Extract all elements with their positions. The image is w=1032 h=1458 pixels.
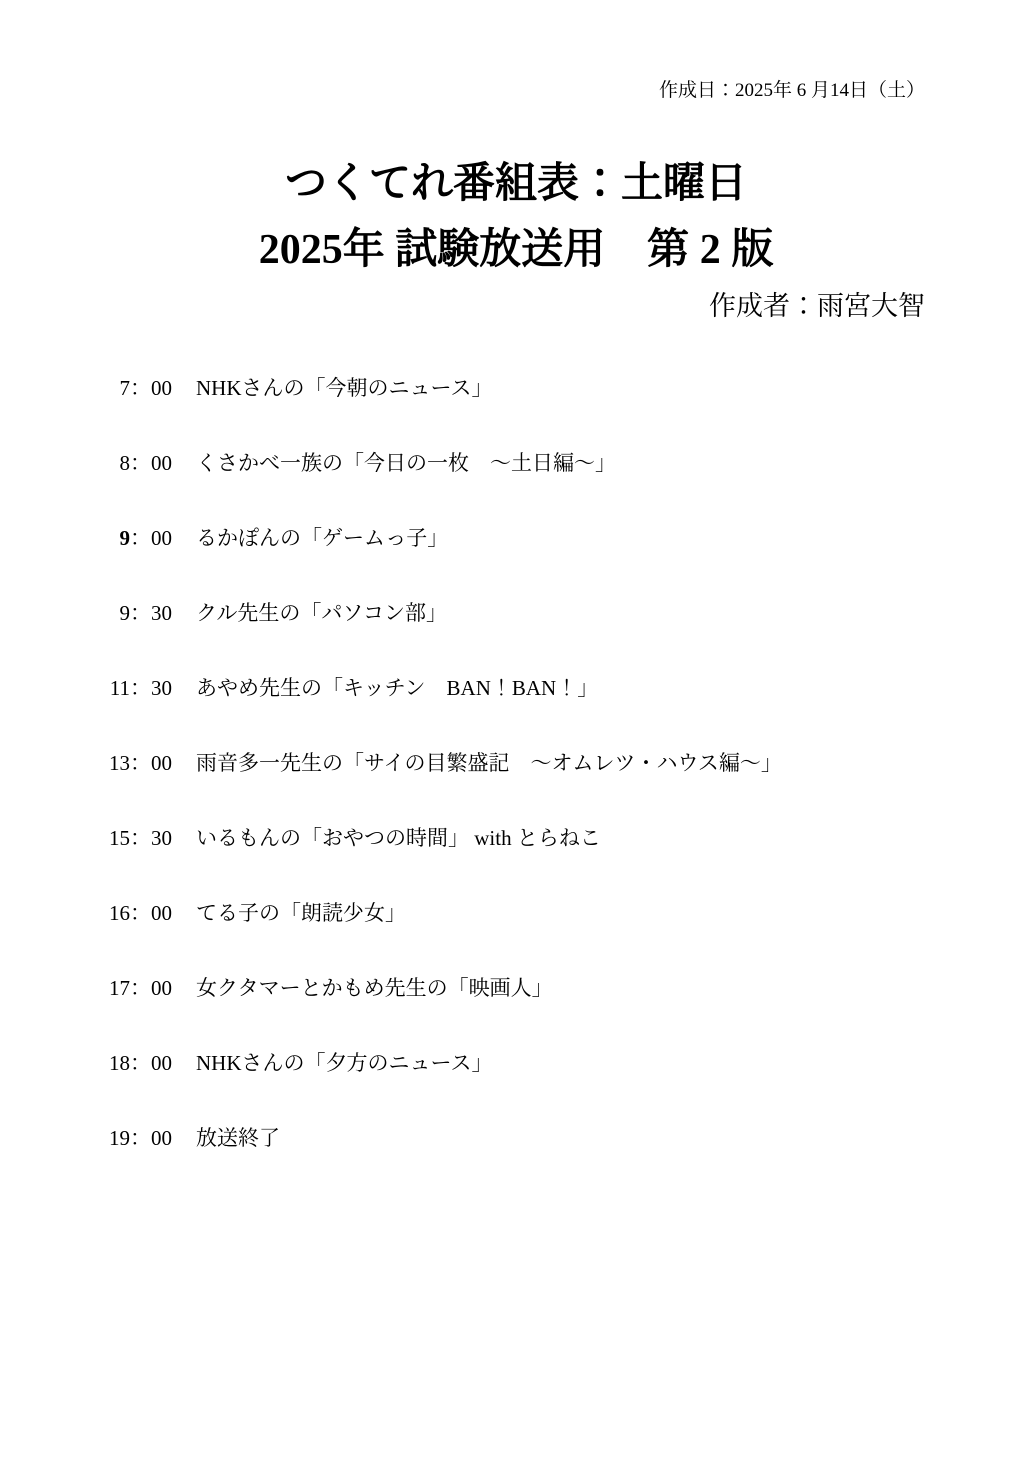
program-title: いるもんの「おやつの時間」 with とらねこ <box>196 825 601 852</box>
program-schedule-list: 7：00 NHKさんの「今朝のニュース」 8：00 くさかべ一族の「今日の一枚 … <box>100 375 1032 1152</box>
time-label: 13：00 <box>100 750 172 777</box>
title-line-2: 2025年 試験放送用 第 2 版 <box>0 225 1032 275</box>
schedule-row: 8：00 くさかべ一族の「今日の一枚 ～土日編～」 <box>100 450 1032 477</box>
schedule-row: 7：00 NHKさんの「今朝のニュース」 <box>100 375 1032 402</box>
schedule-document-page: 作成日：2025年 6 月14日（土） つくてれ番組表：土曜日 2025年 試験… <box>0 0 1032 1458</box>
time-label: 15：30 <box>100 825 172 852</box>
created-date: 作成日：2025年 6 月14日（土） <box>0 0 1032 103</box>
title-line-1: つくてれ番組表：土曜日 <box>0 159 1032 209</box>
program-title: クル先生の「パソコン部」 <box>196 600 447 627</box>
schedule-row: 18：00 NHKさんの「夕方のニュース」 <box>100 1050 1032 1077</box>
time-label: 7：00 <box>100 375 172 402</box>
author: 作成者：雨宮大智 <box>0 289 1032 323</box>
time-label: 19：00 <box>100 1125 172 1152</box>
schedule-row: 16：00 てる子の「朗読少女」 <box>100 900 1032 927</box>
schedule-row: 11：30 あやめ先生の「キッチン BAN！BAN！」 <box>100 675 1032 702</box>
time-label: 9：00 <box>100 525 172 552</box>
program-title: あやめ先生の「キッチン BAN！BAN！」 <box>196 675 598 702</box>
program-title: 放送終了 <box>196 1125 280 1152</box>
program-title: NHKさんの「夕方のニュース」 <box>196 1050 492 1077</box>
program-title: るかぽんの「ゲームっ子」 <box>196 525 448 552</box>
program-title: てる子の「朗読少女」 <box>196 900 406 927</box>
time-label: 16：00 <box>100 900 172 927</box>
schedule-row: 17：00 女クタマーとかもめ先生の「映画人」 <box>100 975 1032 1002</box>
schedule-row: 13：00 雨音多一先生の「サイの目繁盛記 ～オムレツ・ハウス編～」 <box>100 750 1032 777</box>
program-title: くさかべ一族の「今日の一枚 ～土日編～」 <box>196 450 616 477</box>
program-title: 雨音多一先生の「サイの目繁盛記 ～オムレツ・ハウス編～」 <box>196 750 782 777</box>
time-label: 17：00 <box>100 975 172 1002</box>
time-label: 8：00 <box>100 450 172 477</box>
schedule-row: 19：00 放送終了 <box>100 1125 1032 1152</box>
time-label: 9：30 <box>100 600 172 627</box>
program-title: 女クタマーとかもめ先生の「映画人」 <box>196 975 553 1002</box>
program-title: NHKさんの「今朝のニュース」 <box>196 375 492 402</box>
schedule-row: 9：30 クル先生の「パソコン部」 <box>100 600 1032 627</box>
time-label: 11：30 <box>100 675 172 702</box>
schedule-row: 15：30 いるもんの「おやつの時間」 with とらねこ <box>100 825 1032 852</box>
document-title: つくてれ番組表：土曜日 2025年 試験放送用 第 2 版 <box>0 159 1032 275</box>
time-label: 18：00 <box>100 1050 172 1077</box>
schedule-row: 9：00 るかぽんの「ゲームっ子」 <box>100 525 1032 552</box>
